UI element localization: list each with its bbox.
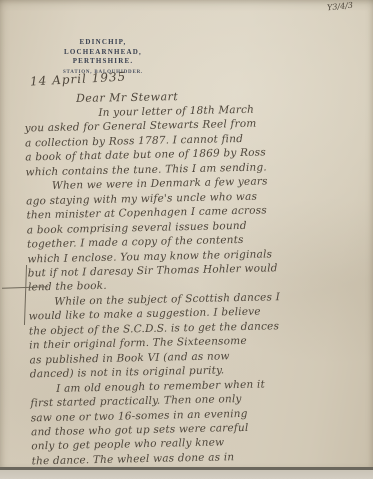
- letterhead-house: EDINCHIP,: [48, 38, 158, 48]
- letter-greeting: Dear Mr Stewart: [76, 90, 178, 105]
- letter-scan: Y3/4/3 EDINCHIP, LOCHEARNHEAD, PERTHSHIR…: [0, 0, 373, 479]
- printed-letterhead: EDINCHIP, LOCHEARNHEAD, PERTHSHIRE. STAT…: [48, 38, 158, 75]
- letterhead-county: PERTHSHIRE.: [48, 57, 158, 67]
- letter-body: In your letter of 18th Marchyou asked fo…: [24, 101, 361, 469]
- scanner-background: [0, 470, 373, 479]
- letterhead-village: LOCHEARNHEAD,: [48, 48, 158, 58]
